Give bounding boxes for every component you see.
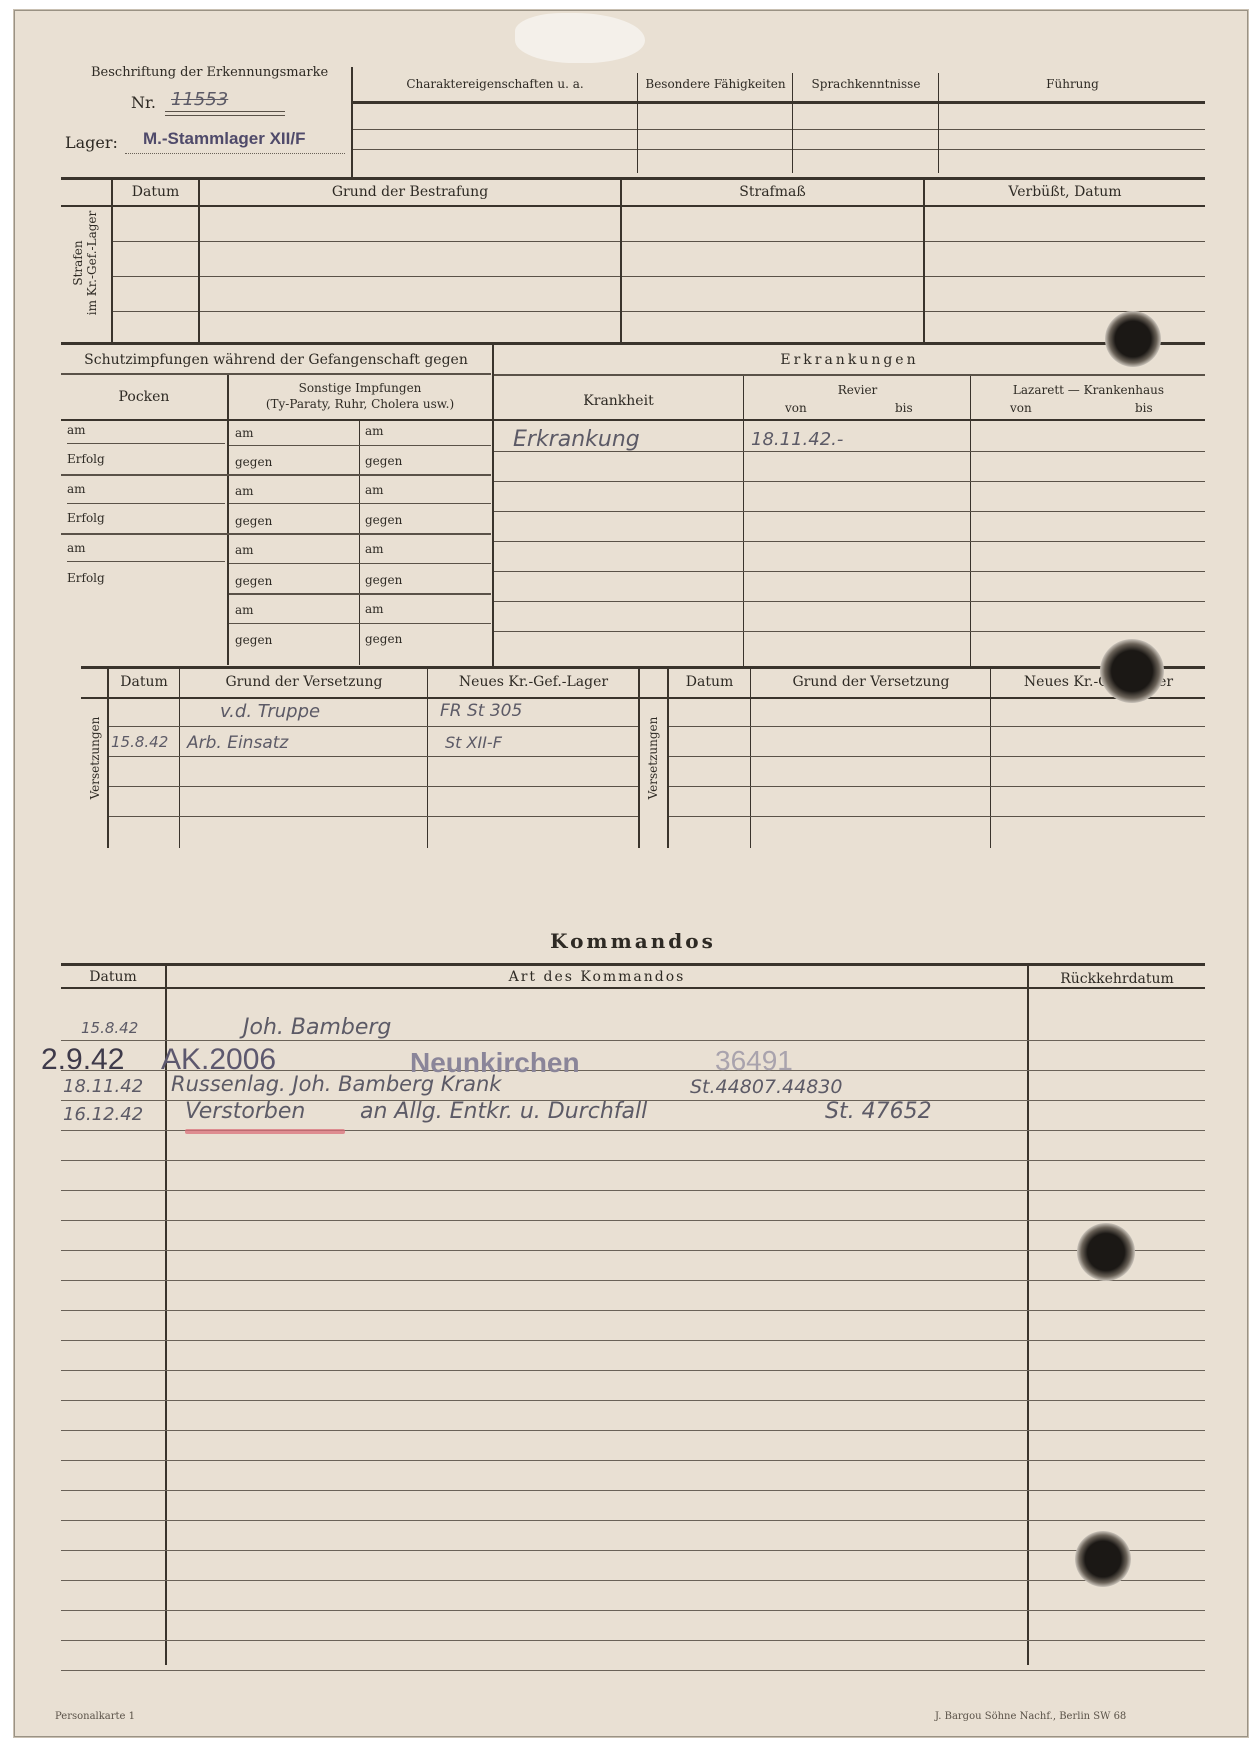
sonstige-am: am [235, 543, 254, 557]
versetzung-row-2-datum: 15.8.42 [111, 733, 168, 751]
versetzung-col-datum-2: Datum [669, 674, 750, 690]
pocken-row-erfolg: Erfolg [67, 571, 105, 585]
kommando-row-3-ref: St.44807.44830 [690, 1076, 842, 1098]
sonstige-gegen: gegen [235, 455, 272, 469]
strafen-col-strafmass: Strafmaß [622, 184, 923, 200]
sonstige-gegen: gegen [235, 514, 272, 528]
lager-stamp: M.-Stammlager XII/F [143, 129, 305, 149]
lager-label: Lager: [65, 133, 118, 152]
impfungen-col-pocken: Pocken [61, 389, 227, 405]
versetzung-row-2-grund: Arb. Einsatz [187, 733, 288, 753]
id-tag-title: Beschriftung der Erkennungsmarke [91, 65, 328, 80]
kommando-stamp-num: 36491 [715, 1045, 793, 1077]
kommando-row-4-verstorben: Verstorben [185, 1099, 305, 1124]
sonstige-am: am [365, 542, 384, 556]
kommandos-title: Kommandos [61, 929, 1205, 953]
sonstige-am: am [365, 602, 384, 616]
kommandos-col-rueckkehr: Rückkehrdatum [1029, 971, 1205, 987]
pocken-row-am: am [67, 541, 86, 555]
versetzung-row-1-grund: v.d. Truppe [220, 701, 320, 722]
krankheit-entry: Erkrankung [513, 427, 640, 452]
pocken-row-am: am [67, 423, 86, 437]
kommando-row-2-datum: 2.9.42 [41, 1043, 124, 1077]
red-underline [185, 1129, 345, 1134]
footer-right: J. Bargou Söhne Nachf., Berlin SW 68 [935, 1711, 1126, 1722]
impfungen-col-sonstige-sub: (Ty-Paraty, Ruhr, Cholera usw.) [229, 397, 491, 411]
header-sprachen: Sprachkenntnisse [794, 77, 938, 91]
sonstige-gegen: gegen [235, 574, 272, 588]
header-fuehrung: Führung [940, 77, 1205, 91]
kommando-row-4-ref: St. 47652 [825, 1099, 932, 1124]
kommando-row-4-datum: 16.12.42 [63, 1104, 143, 1125]
sonstige-am: am [235, 426, 254, 440]
kommando-row-3-datum: 18.11.42 [63, 1076, 143, 1097]
nr-label: Nr. [131, 93, 156, 112]
versetzungen-side-label: Versetzungen [88, 698, 102, 818]
nr-value: 11553 [171, 89, 228, 110]
punch-hole [1100, 639, 1164, 703]
kommandos-col-art: Art des Kommandos [167, 969, 1027, 985]
erkrankungen-col-revier: Revier [745, 383, 970, 397]
strafen-col-verbuesst: Verbüßt, Datum [925, 184, 1205, 200]
erkrankungen-col-lazarett: Lazarett — Krankenhaus [972, 383, 1205, 397]
impfungen-col-sonstige: Sonstige Impfungen [229, 381, 491, 395]
kommando-row-3-art: Russenlag. Joh. Bamberg Krank [171, 1072, 501, 1096]
versetzung-col-lager: Neues Kr.-Gef.-Lager [429, 674, 638, 690]
strafen-side-label-2: im Kr.-Gef.-Lager [85, 211, 99, 316]
pocken-row-erfolg: Erfolg [67, 452, 105, 466]
versetzungen-side-label-2: Versetzungen [646, 698, 660, 818]
versetzung-col-grund-2: Grund der Versetzung [752, 674, 990, 690]
erkrankungen-title: Erkrankungen [494, 352, 1205, 368]
punch-hole [1077, 1223, 1135, 1281]
header-faehigkeiten: Besondere Fähigkeiten [639, 77, 792, 91]
strafen-side-label-1: Strafen [71, 240, 85, 285]
pocken-row-am: am [67, 482, 86, 496]
sonstige-gegen: gegen [235, 633, 272, 647]
sonstige-gegen: gegen [365, 573, 402, 587]
erkrankungen-col-krankheit: Krankheit [494, 393, 743, 409]
sonstige-gegen: gegen [365, 513, 402, 527]
versetzung-col-datum: Datum [109, 674, 179, 690]
versetzung-row-1-lager: FR St 305 [440, 701, 522, 721]
revier-von: von [785, 401, 807, 415]
kommando-row-4-art: an Allg. Entkr. u. Durchfall [360, 1099, 647, 1124]
kommando-row-1-art: Joh. Bamberg [243, 1015, 391, 1040]
kommandos-col-datum: Datum [61, 969, 165, 985]
revier-von-entry: 18.11.42.- [751, 429, 843, 450]
versetzung-col-grund: Grund der Versetzung [181, 674, 427, 690]
strafen-col-datum: Datum [113, 184, 198, 200]
strafen-col-grund: Grund der Bestrafung [200, 184, 620, 200]
sonstige-am: am [235, 603, 254, 617]
record-card: Beschriftung der Erkennungsmarke Nr. 115… [14, 10, 1248, 1737]
punch-hole [1075, 1531, 1131, 1587]
footer-left: Personalkarte 1 [55, 1711, 135, 1722]
revier-bis: bis [895, 401, 913, 415]
lazarett-von: von [1010, 401, 1032, 415]
sonstige-am: am [365, 424, 384, 438]
sonstige-am: am [365, 483, 384, 497]
versetzung-row-2-lager: St XII-F [445, 733, 502, 752]
pocken-row-erfolg: Erfolg [67, 511, 105, 525]
versetzung-col-lager-2: Neues Kr.-Gef.-Lager [992, 674, 1205, 690]
sonstige-gegen: gegen [365, 454, 402, 468]
kommando-row-1-datum: 15.8.42 [81, 1019, 138, 1037]
torn-paper-mark [515, 13, 645, 63]
impfungen-title: Schutzimpfungen während der Gefangenscha… [61, 352, 491, 368]
header-charakter: Charaktereigenschaften u. a. [353, 77, 637, 91]
sonstige-gegen: gegen [365, 632, 402, 646]
punch-hole [1105, 311, 1161, 367]
lazarett-bis: bis [1135, 401, 1153, 415]
sonstige-am: am [235, 484, 254, 498]
